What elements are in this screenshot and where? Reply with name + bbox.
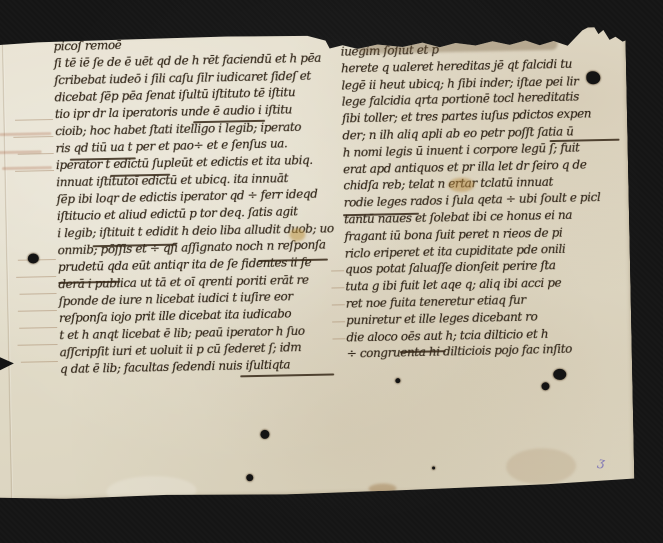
parchment-hole bbox=[28, 253, 39, 263]
parchment-hole bbox=[553, 369, 566, 380]
parchment-hole bbox=[246, 474, 253, 481]
ruling-line bbox=[18, 310, 57, 312]
fold-crease bbox=[1, 39, 13, 503]
ink-smear bbox=[0, 132, 51, 136]
parchment-leaf: picoſ remoēſi tē iē ſe de ē uēt qd de h … bbox=[0, 27, 635, 504]
parchment-hole bbox=[395, 378, 400, 383]
ruling-line bbox=[18, 153, 54, 155]
parchment-hole bbox=[541, 382, 549, 390]
parchment-hole bbox=[282, 497, 289, 504]
ruling-line bbox=[21, 361, 58, 363]
stain bbox=[106, 475, 197, 507]
parchment-hole bbox=[260, 430, 269, 439]
ink-smear bbox=[2, 166, 52, 170]
ruling-line bbox=[19, 327, 57, 329]
ruling-line bbox=[13, 136, 53, 138]
parchment-hole bbox=[432, 466, 435, 469]
pencil-mark: ʒ bbox=[597, 455, 606, 470]
ruling-line bbox=[16, 276, 56, 278]
ruling-line bbox=[20, 293, 57, 295]
ruling-line bbox=[18, 344, 58, 346]
ruling-line bbox=[15, 119, 53, 121]
ruling-line bbox=[15, 170, 54, 172]
stain bbox=[506, 448, 577, 485]
photograph-of-manuscript: picoſ remoēſi tē iē ſe de ē uēt qd de h … bbox=[0, 0, 663, 543]
left-text-column: picoſ remoēſi tē iē ſe de ē uēt qd de h … bbox=[53, 32, 338, 378]
right-text-column: iuegim ſoſiut et pherete q ualeret hered… bbox=[341, 37, 637, 362]
parchment-hole bbox=[586, 71, 600, 84]
stain bbox=[368, 483, 396, 494]
